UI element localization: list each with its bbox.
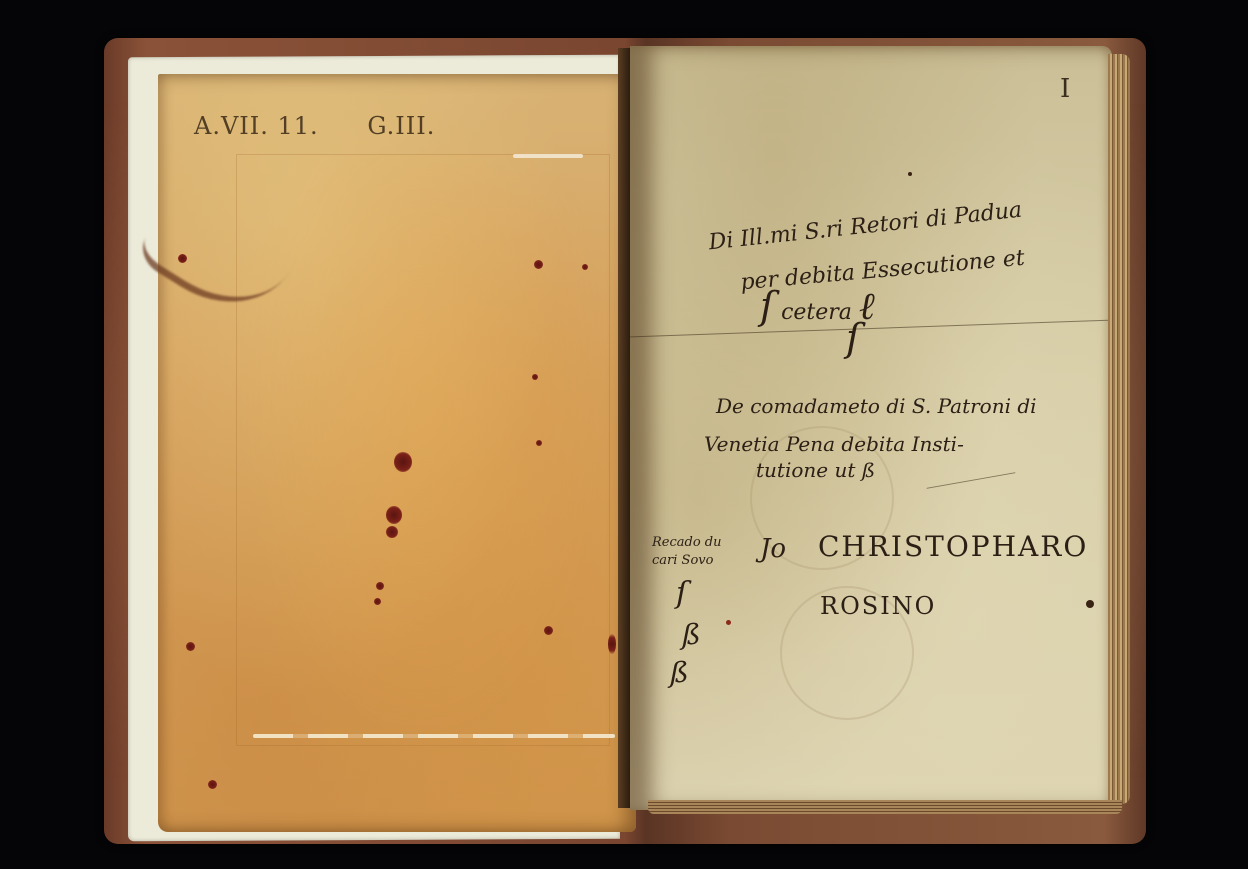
stain-spot	[178, 254, 187, 263]
folio-number: I	[1060, 74, 1070, 104]
flourish-margin-icon: ß	[682, 618, 701, 651]
right-title-page: I Di Ill.mi S.ri Retori di Padua per deb…	[630, 46, 1112, 810]
shelfmark-part2: G.III.	[367, 112, 435, 140]
stain-spot	[532, 374, 538, 380]
stain-spot	[386, 506, 402, 524]
stain-spot	[608, 634, 616, 654]
body-line-4: De comadameto di S. Patroni di	[716, 394, 1037, 418]
manuscript-photo: A.VII. 11. G.III. I Di Ill.mi S.ri Retor…	[0, 0, 1248, 869]
ink-speck	[726, 620, 731, 625]
stain-spot	[536, 440, 542, 446]
flourish-stroke	[927, 472, 1016, 489]
heading-line-1-text: Di Ill.mi S.ri Retori di Padua	[708, 198, 1024, 256]
flourish-et-icon: ſ	[760, 284, 774, 328]
paste-residue-bottom	[253, 734, 615, 738]
flourish-paraph-icon: ℓ	[859, 284, 875, 328]
shelfmark: A.VII. 11. G.III.	[194, 112, 475, 140]
stain-spot	[386, 526, 398, 538]
name-christopharo: CHRISTOPHARO	[818, 530, 1088, 563]
margin-note: Recado du cari Sovo	[652, 534, 722, 570]
flourish-margin-icon: ß	[670, 656, 689, 689]
stain-spot	[394, 452, 412, 472]
flourish-separator-icon: ſ	[846, 316, 860, 360]
fore-edge	[1108, 54, 1130, 804]
flourish-etc-icon: ß	[862, 458, 875, 482]
stain-spot	[208, 780, 217, 789]
ink-speck	[908, 172, 912, 176]
heading-line-3-text: cetera	[781, 300, 852, 325]
stain-spot	[544, 626, 553, 635]
name-rosino: ROSINO	[820, 592, 936, 620]
ink-speck	[1086, 600, 1094, 608]
heading-line-1: Di Ill.mi S.ri Retori di Padua	[708, 198, 1024, 256]
name-prefix: Jo	[760, 534, 786, 564]
bottom-edge	[648, 800, 1122, 814]
stain-spot	[186, 642, 195, 651]
body-line-6: tutione ut ß	[756, 458, 875, 482]
paste-residue-top	[513, 154, 583, 158]
stain-spot	[374, 598, 381, 605]
left-pastedown-page: A.VII. 11. G.III.	[158, 74, 636, 832]
stain-spot	[376, 582, 384, 590]
flourish-margin-icon: ſ	[676, 576, 687, 611]
margin-note-line-2: cari Sovo	[652, 552, 722, 570]
shelfmark-part1: A.VII. 11.	[194, 112, 319, 140]
stain-spot	[582, 264, 588, 270]
stain-spot	[534, 260, 543, 269]
body-line-6-text: tutione ut	[756, 458, 855, 482]
margin-note-line-1: Recado du	[652, 534, 722, 552]
body-line-5: Venetia Pena debita Insti-	[704, 432, 964, 456]
